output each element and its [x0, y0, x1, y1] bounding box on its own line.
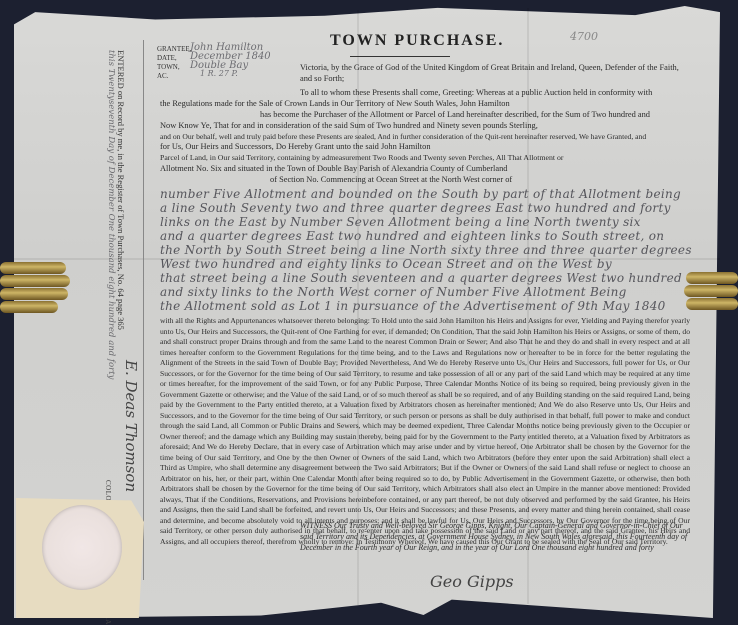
document-title: TOWN PURCHASE. [330, 32, 504, 50]
registrar-signature: E. Deas Thomson [122, 360, 140, 492]
governor-signature: Geo Gipps [430, 572, 514, 591]
parcel-line: Parcel of Land, in Our said Territory, c… [160, 153, 564, 162]
grant-line: for Us, Our Heirs and Successors, Do Her… [160, 142, 431, 151]
document-number: 4700 [570, 30, 598, 43]
to-all-line: To all to whom these Presents shall come… [300, 88, 652, 97]
brass-hand-clip-right [686, 298, 738, 310]
brass-hand-clip-right [684, 285, 738, 297]
grantee-labels: GRANTEE, DATE, TOWN, AC. [157, 45, 191, 81]
handwritten-line: and sixty links to the North West corner… [160, 285, 690, 299]
registrar-block: E. Deas Thomson COLONIAL SECRETARY AND R… [120, 360, 134, 500]
handwritten-line: and a quarter degrees East two hundred a… [160, 229, 690, 243]
handwritten-line: West two hundred and eighty links to Oce… [160, 257, 690, 271]
handwritten-line: that street being a line South seventeen… [160, 271, 690, 285]
grant-conditions-text: with all the Rights and Appurtenances wh… [160, 316, 690, 547]
brass-hand-clip-left [0, 301, 58, 313]
paid-line: and on Our behalf, well and truly paid b… [160, 132, 646, 141]
victoria-line: Victoria, by the Grace of God of the Uni… [300, 62, 690, 84]
margin-rule [143, 40, 144, 580]
title-underline [350, 56, 450, 57]
brass-hand-clip-left [0, 288, 68, 300]
handwritten-line: number Five Allotment and bounded on the… [160, 187, 690, 201]
brass-hand-clip-left [0, 275, 70, 287]
handwritten-line: the North by South Street being a line N… [160, 243, 690, 257]
brass-hand-clip-left [0, 262, 66, 274]
witness-clause: WITNESS Our Trusty and Well-beloved Sir … [300, 520, 690, 553]
acreage-value: 1 R. 27 P. [200, 69, 238, 78]
section-line: of Section No. Commencing at Ocean Stree… [270, 175, 512, 184]
handwritten-line: the Allotment sold as Lot 1 in pursuance… [160, 299, 690, 313]
brass-hand-clip-right [686, 272, 738, 284]
label-grantee: GRANTEE, [157, 45, 191, 54]
allotment-line: Allotment No. Six and situated in the To… [160, 164, 507, 173]
sum-line: Now Know Ye, That for and in considerati… [160, 121, 538, 130]
embossed-seal-icon [42, 505, 122, 590]
label-town: TOWN, [157, 63, 191, 72]
handwritten-line: a line South Seventy two and three quart… [160, 201, 690, 215]
register-date-line: this Twentyseventh Day of December One t… [106, 50, 116, 490]
purchaser-line: has become the Purchaser of the Allotmen… [260, 110, 650, 119]
handwritten-line: links on the East by Number Seven Allotm… [160, 215, 690, 229]
label-acreage: AC. [157, 72, 191, 81]
label-date: DATE, [157, 54, 191, 63]
regulations-line: the Regulations made for the Sale of Cro… [160, 99, 510, 108]
